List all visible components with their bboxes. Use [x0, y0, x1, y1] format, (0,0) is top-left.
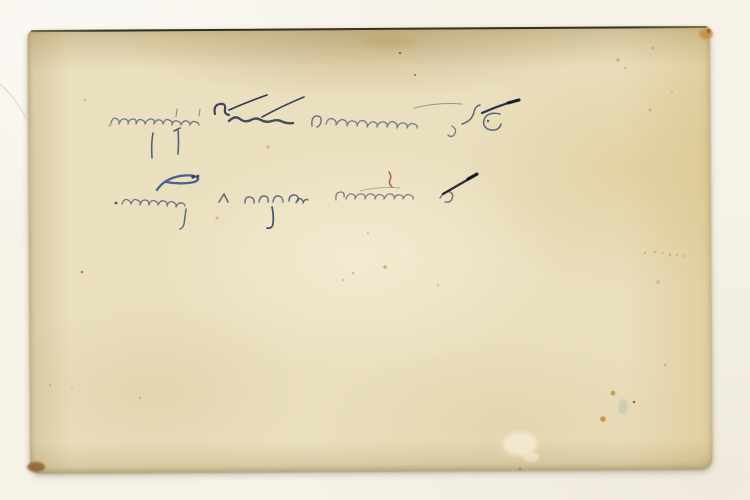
card-top-edge-shadow	[31, 26, 707, 32]
background-crease	[0, 84, 27, 120]
photo-card	[28, 26, 713, 473]
scanner-background	[0, 0, 750, 500]
